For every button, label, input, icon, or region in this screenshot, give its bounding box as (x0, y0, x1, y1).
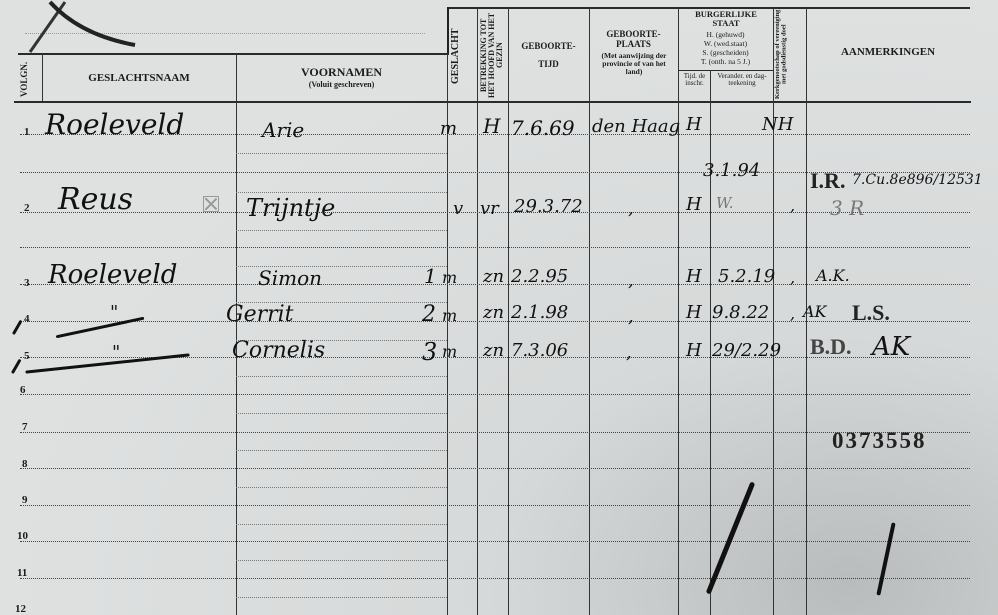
cell-staat: H (686, 266, 702, 287)
cell-geboortetijd: 2.1.98 (511, 302, 568, 323)
cell-kerk: , (790, 268, 795, 287)
cell-staat: H (686, 340, 702, 361)
cell-kerk: NH (762, 114, 793, 135)
cell-kerk: , (790, 304, 795, 323)
cell-betrekking: H (483, 114, 500, 138)
cell-geboortetijd: 7.3.06 (511, 340, 568, 361)
cell-geslachtsnaam: Roeleveld (45, 108, 184, 141)
cell-geboorteplaats: , (628, 306, 634, 327)
header-geslachtsnaam: GESLACHTSNAAM (42, 73, 236, 85)
cell-voornamen: Simon (258, 266, 322, 290)
header-aanmerkingen: AANMERKINGEN (806, 47, 970, 59)
header-bs-s: S. (gescheiden) (678, 49, 773, 57)
col-line-geslacht (477, 7, 478, 615)
ditto-line (56, 317, 145, 338)
row-rule-7b (236, 413, 447, 414)
cell-staat: H (686, 194, 702, 215)
row-number: 1 (24, 126, 30, 138)
row-rule-12 (20, 578, 970, 579)
col-line-geslachtsnaam (236, 54, 237, 615)
header-verander: Verander. en dag-teekening (711, 73, 773, 88)
cell-verander: W. (716, 194, 734, 212)
header-volgn: VOLGN. (20, 60, 38, 98)
row-rule-8 (20, 432, 970, 433)
register-card: VOLGN. GESLACHTSNAAM VOORNAMEN (Voluit g… (0, 0, 998, 615)
header-betrekking: BETREKKING TOT HET HOOFD VAN HET GEZIN (480, 10, 506, 100)
row-number: 11 (17, 567, 27, 579)
cell-voornamen: Trijntje (246, 194, 335, 222)
cell-aanmerking-below: 3 R (830, 196, 864, 220)
cell-gezin-num: 1 (424, 264, 437, 288)
row-number: 2 (24, 202, 30, 214)
stamp-bd: B.D. (810, 334, 852, 360)
row-number: 7 (22, 421, 28, 433)
cell-betrekking: zn (483, 302, 504, 323)
cell-geboorteplaats: , (626, 342, 632, 363)
cell-geslacht: m (440, 118, 457, 139)
cell-aanmerking-note: 7.Cu.8e896/12531 (852, 172, 983, 188)
header-left-step (447, 7, 449, 54)
row-number: 4 (24, 313, 30, 325)
header-voornamen-sub: (Voluit geschreven) (236, 81, 447, 89)
cell-geslacht: m (442, 306, 457, 325)
cell-verander: 29/2.29 (712, 340, 781, 361)
check-stroke (876, 522, 895, 595)
row-number: 12 (15, 603, 26, 615)
cell-aanmerking: AK (872, 332, 910, 362)
col-line-geboorteplaats (678, 7, 679, 615)
header-bs-w: W. (wed.staat) (678, 40, 773, 48)
row-rule-11 (20, 541, 970, 542)
cell-geslachtsnaam: Reus (58, 182, 133, 217)
header-geboorteplaats-sub: (Met aanwijzing der provincie of van het… (594, 52, 674, 76)
col-line-geboortetijd (589, 7, 590, 615)
header-bottom-rule (14, 101, 971, 103)
header-geboortetijd-2: TIJD (508, 60, 589, 69)
header-kerkgenootschap: Kerkgenootschap of vereeniging met godsd… (775, 9, 805, 99)
col-line-tijd (710, 70, 711, 615)
row-rule-3 (20, 247, 970, 248)
cell-kerk: , (790, 196, 795, 215)
serial-number: 0373558 (832, 428, 927, 454)
row-number: 10 (17, 530, 28, 542)
row-rule-7 (20, 394, 970, 395)
cell-geboorteplaats: , (628, 270, 634, 291)
cell-betrekking: zn (483, 266, 504, 287)
cross-mark-icon (10, 0, 150, 60)
row-number: 9 (22, 494, 28, 506)
header-geboortetijd-1: GEBOORTE- (508, 42, 589, 51)
row-rule-11b (236, 560, 447, 561)
cell-geboorteplaats: , (628, 198, 634, 219)
col-line-betrekking (508, 7, 509, 615)
cell-gezin-num: 2 (422, 302, 436, 327)
header-bs-t: T. (onth. na 5 J.) (678, 58, 773, 66)
row-rule-1b (236, 153, 447, 154)
cell-geboortetijd: 2.2.95 (511, 266, 568, 287)
row-rule-2 (236, 192, 447, 193)
cell-geslacht: m (442, 342, 457, 361)
cell-voornamen: Cornelis (232, 338, 325, 363)
cell-verander-above: 3.1.94 (703, 160, 760, 181)
row-rule-9 (20, 468, 970, 469)
checkbox-mark-icon (203, 196, 219, 212)
cell-betrekking: vr (480, 198, 499, 219)
row-rule-10b (236, 524, 447, 525)
cell-aanmerking: A.K. (816, 266, 850, 285)
cell-geboortetijd: 7.6.69 (511, 116, 575, 140)
row-rule-8b (236, 450, 447, 451)
cell-betrekking: zn (483, 340, 504, 361)
row-number: 6 (20, 384, 26, 396)
cell-verander: 9.8.22 (712, 302, 769, 323)
cell-geboorteplaats: den Haag (592, 116, 680, 137)
row-rule-10 (20, 505, 970, 506)
row-rule-6b (236, 376, 447, 377)
cell-voornamen: Gerrit (226, 302, 294, 327)
cell-geboortetijd: 29.3.72 (514, 196, 583, 217)
cell-gezin-num: 3 (422, 338, 437, 366)
header-voornamen: VOORNAMEN (236, 66, 447, 79)
cell-geslacht: m (442, 268, 457, 287)
cell-geslachtsnaam: Roeleveld (48, 260, 177, 290)
cell-geslachtsnaam: " (110, 302, 118, 323)
row-rule-2c (236, 230, 447, 231)
cell-staat: H (686, 114, 702, 135)
header-geslacht: GESLACHT (451, 14, 475, 98)
header-bs-h: H. (gehuwd) (678, 31, 773, 39)
header-tijd-inschr: Tijd. de inschr. (679, 73, 710, 88)
tick-mark (11, 359, 21, 374)
cell-aanmerking: AK (803, 302, 827, 321)
row-number: 5 (24, 350, 30, 362)
stamp-ls: L.S. (852, 300, 890, 326)
row-number: 8 (22, 458, 28, 470)
stamp-ir: I.R. (810, 168, 845, 194)
cell-geslacht: v (453, 198, 463, 219)
row-rule-12b (236, 597, 447, 598)
cell-voornamen: Arie (262, 118, 304, 142)
cell-staat: H (686, 302, 702, 323)
tick-mark (12, 320, 22, 335)
header-burgerlijke-staat: BURGERLIJKE STAAT (682, 10, 770, 28)
header-geboorteplaats-2: PLAATS (589, 40, 678, 49)
row-number: 3 (24, 277, 30, 289)
bs-sub-rule (678, 70, 773, 71)
cell-verander: 5.2.19 (718, 266, 775, 287)
row-rule-9b (236, 487, 447, 488)
